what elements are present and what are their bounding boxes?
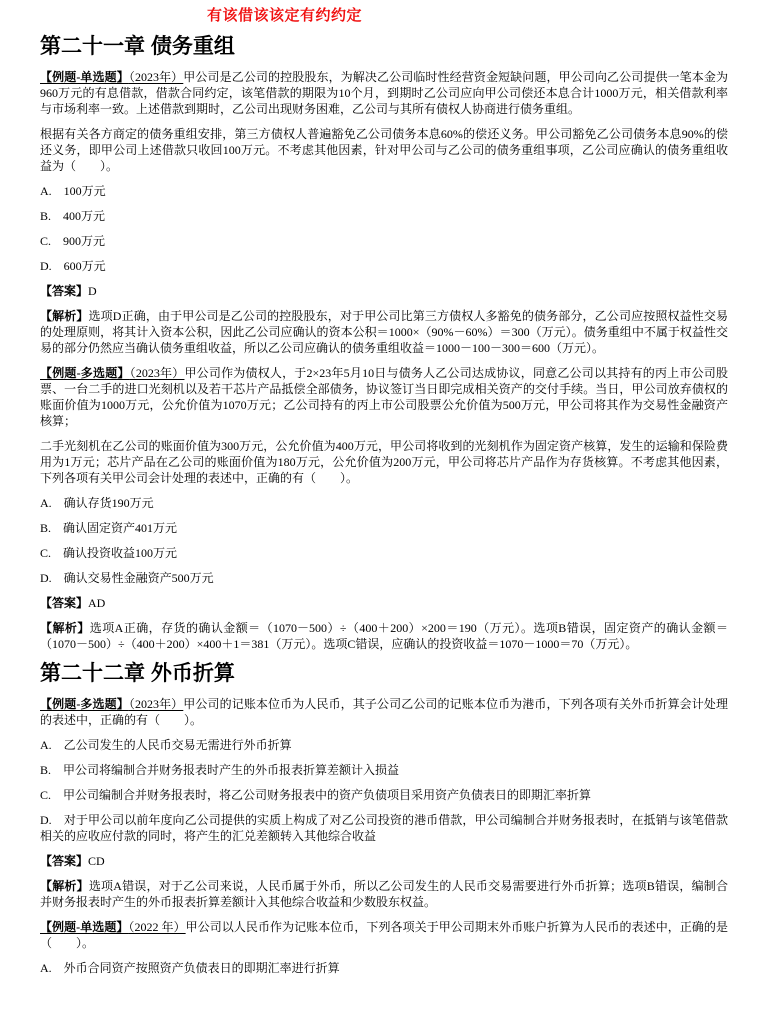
analysis-text: 选项A正确，存货的确认金额＝（1070－500）÷（400＋200）×200＝1…	[40, 621, 728, 651]
answer-line: 【答案】AD	[40, 595, 728, 611]
question-year: （2023年）	[129, 697, 183, 711]
answer-value: CD	[88, 854, 105, 868]
paragraph: 根据有关各方商定的债务重组安排，第三方债权人普遍豁免乙公司债务本息60%的偿还义…	[40, 126, 728, 174]
option-d: D. 确认交易性金融资产500万元	[40, 570, 728, 586]
analysis-line: 【解析】选项A错误，对于乙公司来说，人民币属于外币，所以乙公司发生的人民币交易需…	[40, 878, 728, 910]
question-type-label: 【例题-单选题】	[40, 70, 129, 84]
analysis-line: 【解析】选项D正确，由于甲公司是乙公司的控股股东，对于甲公司比第三方债权人多豁免…	[40, 308, 728, 356]
analysis-line: 【解析】选项A正确，存货的确认金额＝（1070－500）÷（400＋200）×2…	[40, 620, 728, 652]
answer-line: 【答案】CD	[40, 853, 728, 869]
question-year: （2023年）	[130, 366, 185, 380]
option-a: A. 100万元	[40, 183, 728, 199]
header-note: 有该借该该定有约约定	[207, 6, 728, 26]
analysis-label: 【解析】	[40, 621, 90, 635]
chapter-title: 第二十二章 外币折算	[40, 661, 728, 687]
document-page: 有该借该该定有约约定 第二十一章 债务重组 【例题-单选题】（2023年）甲公司…	[0, 0, 768, 1024]
question-header: 【例题-单选题】（2022 年）	[40, 920, 186, 934]
paragraph: 二手光刻机在乙公司的账面价值为300万元，公允价值为400万元，甲公司将收到的光…	[40, 438, 728, 486]
question-header: 【例题-多选题】（2023年）	[40, 366, 184, 380]
answer-value: D	[88, 284, 97, 298]
question-type-label: 【例题-单选题】	[40, 920, 128, 934]
answer-line: 【答案】D	[40, 283, 728, 299]
answer-label: 【答案】	[40, 854, 88, 868]
answer-label: 【答案】	[40, 596, 88, 610]
option-c: C. 900万元	[40, 233, 728, 249]
option-a: A. 乙公司发生的人民币交易无需进行外币折算	[40, 737, 728, 753]
analysis-label: 【解析】	[40, 309, 89, 323]
option-b: B. 甲公司将编制合并财务报表时产生的外币报表折算差额计入损益	[40, 762, 728, 778]
question-year: （2022 年）	[128, 920, 185, 934]
question-block: 【例题-多选题】（2023年）甲公司的记账本位币为人民币，其子公司乙公司的记账本…	[40, 696, 728, 728]
question-header: 【例题-多选题】（2023年）	[40, 697, 183, 711]
question-block: 【例题-多选题】（2023年）甲公司作为债权人，于2×23年5月10日与债务人乙…	[40, 365, 728, 429]
answer-value: AD	[88, 596, 105, 610]
option-c: C. 甲公司编制合并财务报表时，将乙公司财务报表中的资产负债项目采用资产负债表日…	[40, 787, 728, 803]
chapter-title: 第二十一章 债务重组	[40, 34, 728, 60]
question-type-label: 【例题-多选题】	[40, 697, 129, 711]
option-b: B. 400万元	[40, 208, 728, 224]
analysis-label: 【解析】	[40, 879, 89, 893]
analysis-text: 选项A错误，对于乙公司来说，人民币属于外币，所以乙公司发生的人民币交易需要进行外…	[40, 879, 728, 909]
option-a: A. 确认存货190万元	[40, 495, 728, 511]
answer-label: 【答案】	[40, 284, 88, 298]
question-type-label: 【例题-多选题】	[40, 366, 130, 380]
question-block: 【例题-单选题】（2023年）甲公司是乙公司的控股股东，为解决乙公司临时性经营资…	[40, 69, 728, 117]
option-d: D. 对于甲公司以前年度向乙公司提供的实质上构成了对乙公司投资的港币借款，甲公司…	[40, 812, 728, 844]
question-year: （2023年）	[129, 70, 183, 84]
option-d: D. 600万元	[40, 258, 728, 274]
option-a: A. 外币合同资产按照资产负债表日的即期汇率进行折算	[40, 960, 728, 976]
question-block: 【例题-单选题】（2022 年）甲公司以人民币作为记账本位币，下列各项关于甲公司…	[40, 919, 728, 951]
option-c: C. 确认投资收益100万元	[40, 545, 728, 561]
option-b: B. 确认固定资产401万元	[40, 520, 728, 536]
analysis-text: 选项D正确，由于甲公司是乙公司的控股股东，对于甲公司比第三方债权人多豁免的债务部…	[40, 309, 728, 355]
question-header: 【例题-单选题】（2023年）	[40, 70, 183, 84]
